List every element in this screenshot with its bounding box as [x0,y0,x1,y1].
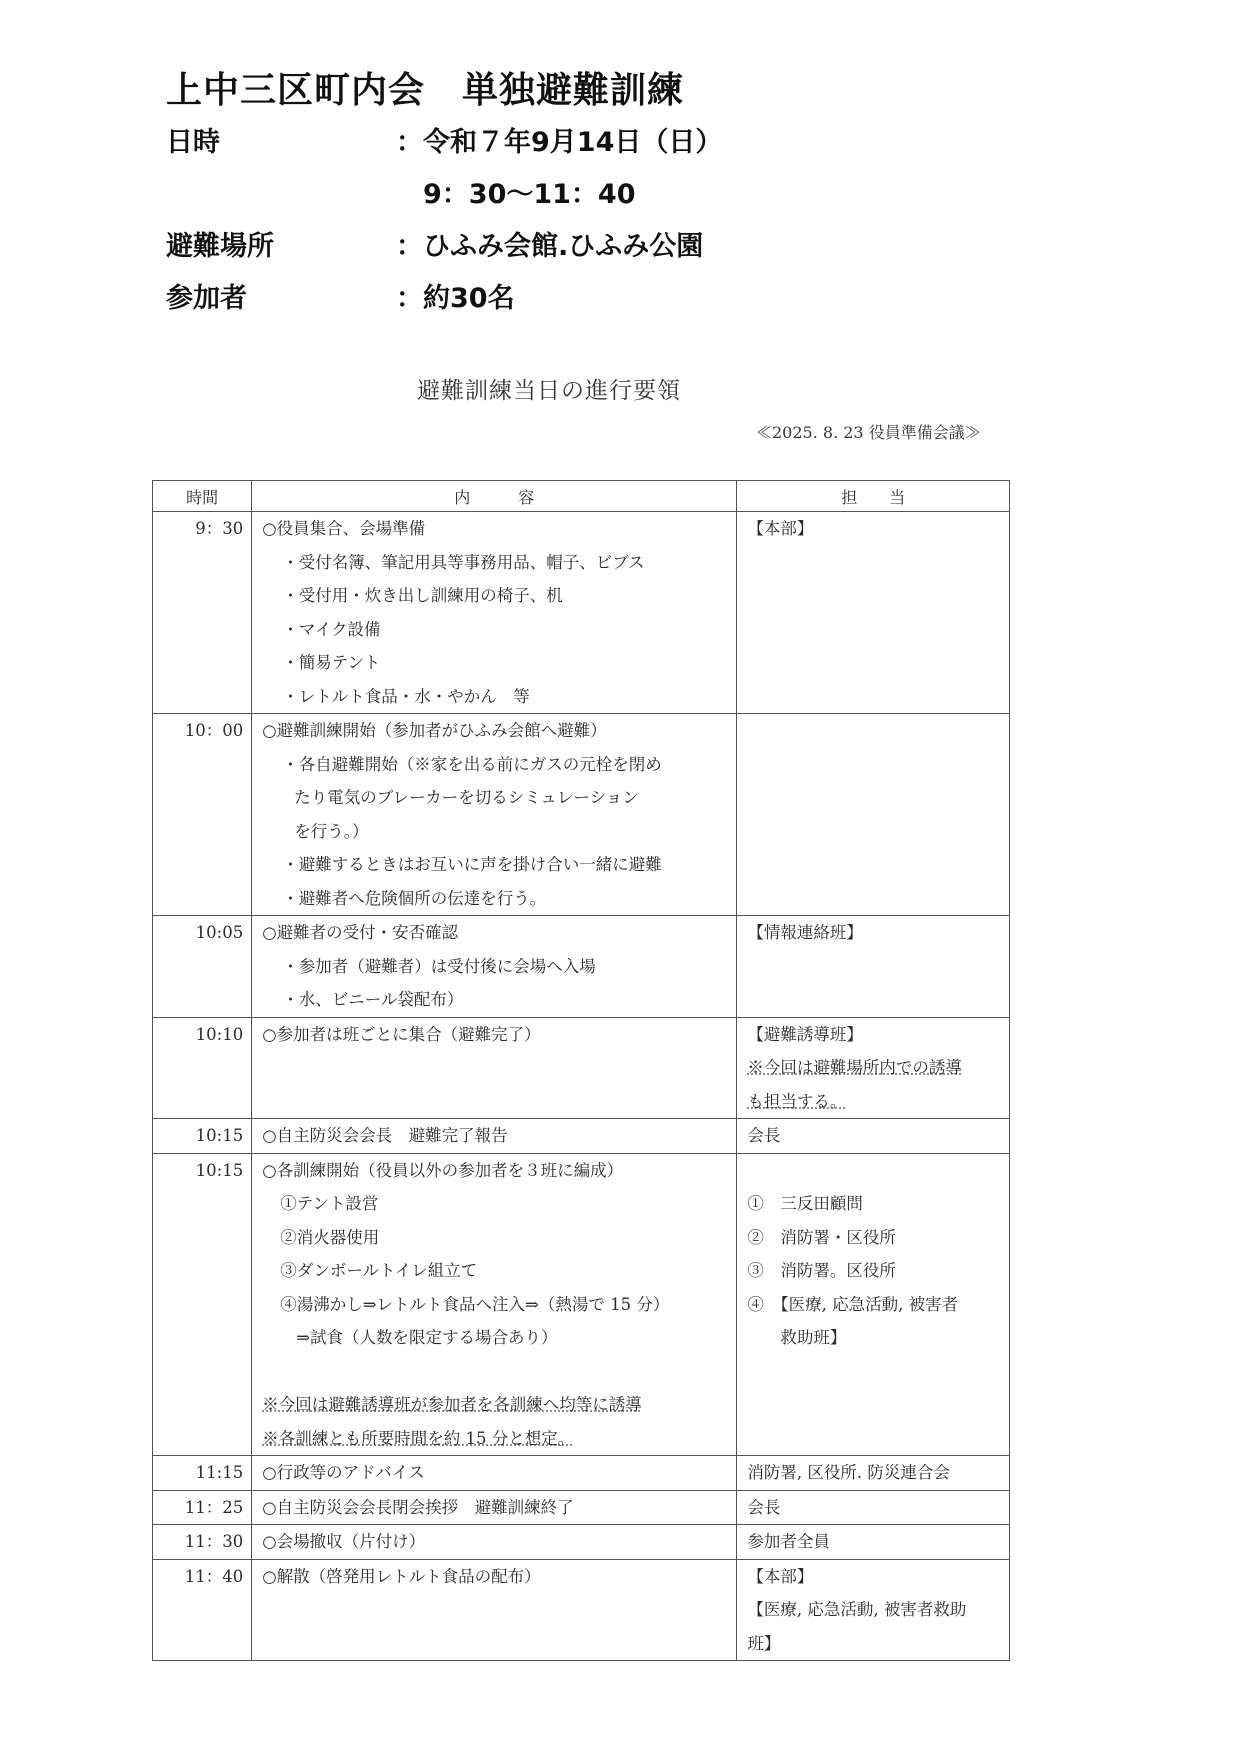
content-line [252,1355,736,1389]
responsible-line: も担当する。 [737,1085,1009,1119]
table-row: 11：25○自主防災会会長閉会挨拶 避難訓練終了会長 [153,1490,1010,1525]
content-line: ・レトルト食品・水・やかん 等 [252,680,736,714]
content-line: ・受付名簿、筆記用具等事務用品、帽子、ビブス [252,546,736,580]
time-cell: 11：40 [153,1559,252,1661]
responsible-line: 【医療, 応急活動, 被害者救助 [737,1593,1009,1627]
time-cell: 11：25 [153,1490,252,1525]
content-line-text: ○避難者の受付・安否確認 [262,923,458,942]
content-line: ○会場撤収（片付け） [252,1525,736,1559]
responsible-line-text: 救助班】 [747,1328,846,1347]
responsible-line: 班】 [737,1627,1009,1661]
content-line-text: ・参加者（避難者）は受付後に会場へ入場 [282,957,596,976]
content-line: ※各訓練とも所要時間を約 15 分と想定。 [252,1422,736,1456]
responsible-line-text: 班】 [747,1634,780,1653]
schedule-body: 9：30○役員集合、会場準備・受付名簿、筆記用具等事務用品、帽子、ビブス・受付用… [153,512,1010,1661]
content-cell: ○自主防災会会長閉会挨拶 避難訓練終了 [252,1490,737,1525]
responsible-line-text: 【避難誘導班】 [747,1025,863,1044]
content-line-text: ○各訓練開始（役員以外の参加者を３班に編成） [262,1161,623,1180]
content-line-text: ⇒試食（人数を限定する場合あり） [296,1328,557,1347]
content-line: ・マイク設備 [252,613,736,647]
content-line-text: ○行政等のアドバイス [262,1463,424,1482]
content-line-text: ・受付名簿、筆記用具等事務用品、帽子、ビブス [282,553,644,572]
responsible-cell: 【本部】 [737,512,1010,714]
time-text: 11：40 [153,1560,243,1594]
content-cell: ○会場撤収（片付け） [252,1525,737,1560]
responsible-cell: 参加者全員 [737,1525,1010,1560]
responsible-line-text: 会長 [747,1498,780,1517]
content-line: ③ダンボールトイレ組立て [252,1254,736,1288]
content-line: ○各訓練開始（役員以外の参加者を３班に編成） [252,1154,736,1188]
content-line: ○自主防災会会長 避難完了報告 [252,1119,736,1153]
content-line-text: ・マイク設備 [282,620,380,639]
schedule-table: 時間 内 容 担 当 9：30○役員集合、会場準備・受付名簿、筆記用具等事務用品… [152,480,1010,1661]
responsible-line: 救助班】 [737,1321,1009,1355]
content-cell: ○各訓練開始（役員以外の参加者を３班に編成）①テント設営②消火器使用③ダンボール… [252,1153,737,1456]
responsible-cell: 【情報連絡班】 [737,916,1010,1018]
content-cell: ○参加者は班ごとに集合（避難完了） [252,1017,737,1119]
responsible-line: ③ 消防署。区役所 [737,1254,1009,1288]
info-value: ：令和７年9月14日（日） [396,120,722,159]
time-text: 10:10 [153,1018,243,1052]
content-line: ○避難訓練開始（参加者がひふみ会館へ避難） [252,714,736,748]
responsible-line: ※今回は避難場所内での誘導 [737,1051,1009,1085]
content-line: ○自主防災会会長閉会挨拶 避難訓練終了 [252,1491,736,1525]
time-cell: 10:10 [153,1017,252,1119]
document-subtitle: 避難訓練当日の進行要領 [417,372,681,405]
responsible-cell: ① 三反田顧問② 消防署・区役所③ 消防署。区役所④ 【医療, 応急活動, 被害… [737,1153,1010,1456]
table-row: 11：30○会場撤収（片付け）参加者全員 [153,1525,1010,1560]
content-cell: ○自主防災会会長 避難完了報告 [252,1119,737,1154]
responsible-cell: 会長 [737,1490,1010,1525]
content-cell: ○行政等のアドバイス [252,1456,737,1491]
header-time: 時間 [153,481,252,512]
responsible-line: 会長 [737,1491,1009,1525]
content-line: ○行政等のアドバイス [252,1456,736,1490]
responsible-line: 【本部】 [737,1560,1009,1594]
content-line-text: ○役員集合、会場準備 [262,519,425,538]
time-text: 10：00 [153,714,243,748]
content-cell: ○役員集合、会場準備・受付名簿、筆記用具等事務用品、帽子、ビブス・受付用・炊き出… [252,512,737,714]
time-cell: 10:15 [153,1153,252,1456]
content-line-text: ※今回は避難誘導班が参加者を各訓練へ均等に誘導 [262,1395,642,1414]
info-label: 参加者 [166,276,247,315]
table-row: 11:15○行政等のアドバイス消防署, 区役所. 防災連合会 [153,1456,1010,1491]
responsible-line: 【避難誘導班】 [737,1018,1009,1052]
time-cell: 9：30 [153,512,252,714]
content-line: ※今回は避難誘導班が参加者を各訓練へ均等に誘導 [252,1388,736,1422]
content-line-text: ○解散（啓発用レトルト食品の配布） [262,1567,540,1586]
info-value: 9：30～11：40 [396,172,636,211]
responsible-line-text: 【本部】 [747,519,813,538]
time-text: 11：25 [153,1491,243,1525]
responsible-line-text: ② 消防署・区役所 [747,1228,896,1247]
table-row: 10:05○避難者の受付・安否確認・参加者（避難者）は受付後に会場へ入場・水、ビ… [153,916,1010,1018]
content-line: ②消火器使用 [252,1221,736,1255]
content-line-text: ※各訓練とも所要時間を約 15 分と想定。 [262,1429,574,1448]
responsible-line-text: ① 三反田顧問 [747,1194,863,1213]
responsible-line-text: ③ 消防署。区役所 [747,1261,896,1280]
table-row: 9：30○役員集合、会場準備・受付名簿、筆記用具等事務用品、帽子、ビブス・受付用… [153,512,1010,714]
responsible-line: 【本部】 [737,512,1009,546]
header-responsible: 担 当 [737,481,1010,512]
info-value: ：約30名 [396,276,515,315]
time-cell: 11：30 [153,1525,252,1560]
header-content: 内 容 [252,481,737,512]
content-line: ○役員集合、会場準備 [252,512,736,546]
responsible-line-text: 参加者全員 [747,1532,830,1551]
responsible-cell: 【避難誘導班】※今回は避難場所内での誘導も担当する。 [737,1017,1010,1119]
responsible-line: 消防署, 区役所. 防災連合会 [737,1456,1009,1490]
content-line-text: ○会場撤収（片付け） [262,1532,425,1551]
content-line-text: ②消火器使用 [280,1228,379,1247]
responsible-cell: 【本部】【医療, 応急活動, 被害者救助班】 [737,1559,1010,1661]
responsible-line: ② 消防署・区役所 [737,1221,1009,1255]
responsible-line: ④ 【医療, 応急活動, 被害者 [737,1288,1009,1322]
content-line-text: たり電気のブレーカーを切るシミュレーション [294,788,639,807]
content-line-text: ・各自避難開始（※家を出る前にガスの元栓を閉め [282,755,662,774]
content-cell: ○解散（啓発用レトルト食品の配布） [252,1559,737,1661]
info-label: 日時 [166,120,220,159]
content-line-text: ○避難訓練開始（参加者がひふみ会館へ避難） [262,721,606,740]
content-line: ①テント設営 [252,1187,736,1221]
content-line-text: ①テント設営 [280,1194,378,1213]
info-row-participants: 参加者 ：約30名 [166,276,185,369]
responsible-line-text: も担当する。 [747,1092,846,1111]
content-line-text: ○参加者は班ごとに集合（避難完了） [262,1025,540,1044]
responsible-cell [737,714,1010,916]
table-header-row: 時間 内 容 担 当 [153,481,1010,512]
content-line: ○解散（啓発用レトルト食品の配布） [252,1560,736,1594]
content-line-text: ・レトルト食品・水・やかん 等 [282,687,530,706]
meeting-note: ≪2025. 8. 23 役員準備会議≫ [756,420,981,443]
content-line: ・参加者（避難者）は受付後に会場へ入場 [252,950,736,984]
responsible-line-text: 【情報連絡班】 [747,923,863,942]
responsible-cell: 消防署, 区役所. 防災連合会 [737,1456,1010,1491]
content-line-text: ・受付用・炊き出し訓練用の椅子、机 [282,586,563,605]
info-label: 避難場所 [166,224,274,263]
info-value: ：ひふみ会館.ひふみ公園 [396,224,703,263]
table-row: 11：40○解散（啓発用レトルト食品の配布）【本部】【医療, 応急活動, 被害者… [153,1559,1010,1661]
responsible-line-text: ※今回は避難場所内での誘導 [747,1058,962,1077]
content-line: ⇒試食（人数を限定する場合あり） [252,1321,736,1355]
time-text: 10:05 [153,916,243,950]
time-cell: 10:05 [153,916,252,1018]
time-text: 10:15 [153,1154,243,1188]
responsible-line: 会長 [737,1119,1009,1153]
content-line: ・受付用・炊き出し訓練用の椅子、机 [252,579,736,613]
time-text: 10:15 [153,1119,243,1153]
table-row: 10:15○各訓練開始（役員以外の参加者を３班に編成）①テント設営②消火器使用③… [153,1153,1010,1456]
content-line: ・簡易テント [252,646,736,680]
content-line: ・避難するときはお互いに声を掛け合い一緒に避難 [252,848,736,882]
responsible-cell: 会長 [737,1119,1010,1154]
table-row: 10：00○避難訓練開始（参加者がひふみ会館へ避難）・各自避難開始（※家を出る前… [153,714,1010,916]
responsible-line: 参加者全員 [737,1525,1009,1559]
content-cell: ○避難訓練開始（参加者がひふみ会館へ避難）・各自避難開始（※家を出る前にガスの元… [252,714,737,916]
responsible-line: 【情報連絡班】 [737,916,1009,950]
content-line-text: ・避難するときはお互いに声を掛け合い一緒に避難 [282,855,662,874]
responsible-line-text: 会長 [747,1126,780,1145]
responsible-line: ① 三反田顧問 [737,1187,1009,1221]
content-line-text: ③ダンボールトイレ組立て [280,1261,477,1280]
responsible-line-text: 【医療, 応急活動, 被害者救助 [747,1600,966,1619]
content-line: たり電気のブレーカーを切るシミュレーション [252,781,736,815]
content-line: ○避難者の受付・安否確認 [252,916,736,950]
content-line: ○参加者は班ごとに集合（避難完了） [252,1018,736,1052]
responsible-line-text: 消防署, 区役所. 防災連合会 [747,1463,949,1482]
responsible-line [737,1154,1009,1188]
time-text: 11：30 [153,1525,243,1559]
content-line-text: ④湯沸かし⇒レトルト食品へ注入⇒（熱湯で 15 分） [280,1295,669,1314]
content-line: ・水、ビニール袋配布） [252,983,736,1017]
page-title: 上中三区町内会 単独避難訓練 [166,62,684,113]
content-line: ④湯沸かし⇒レトルト食品へ注入⇒（熱湯で 15 分） [252,1288,736,1322]
content-line: ・各自避難開始（※家を出る前にガスの元栓を閉め [252,748,736,782]
content-line-text: ○自主防災会会長閉会挨拶 避難訓練終了 [262,1498,573,1517]
responsible-line-text: ④ 【医療, 応急活動, 被害者 [747,1295,958,1314]
time-cell: 11:15 [153,1456,252,1491]
content-line: ・避難者へ危険個所の伝達を行う。 [252,882,736,916]
time-text: 9：30 [153,512,243,546]
content-line-text: を行う。） [294,822,368,841]
content-line: を行う。） [252,815,736,849]
table-row: 10:15○自主防災会会長 避難完了報告会長 [153,1119,1010,1154]
content-line-text: ○自主防災会会長 避難完了報告 [262,1126,507,1145]
content-line-text: ・簡易テント [282,653,380,672]
time-cell: 10：00 [153,714,252,916]
content-cell: ○避難者の受付・安否確認・参加者（避難者）は受付後に会場へ入場・水、ビニール袋配… [252,916,737,1018]
time-text: 11:15 [153,1456,243,1490]
responsible-line-text: 【本部】 [747,1567,813,1586]
content-line-text: ・水、ビニール袋配布） [282,990,463,1009]
time-cell: 10:15 [153,1119,252,1154]
table-row: 10:10○参加者は班ごとに集合（避難完了）【避難誘導班】※今回は避難場所内での… [153,1017,1010,1119]
content-line-text: ・避難者へ危険個所の伝達を行う。 [282,889,546,908]
